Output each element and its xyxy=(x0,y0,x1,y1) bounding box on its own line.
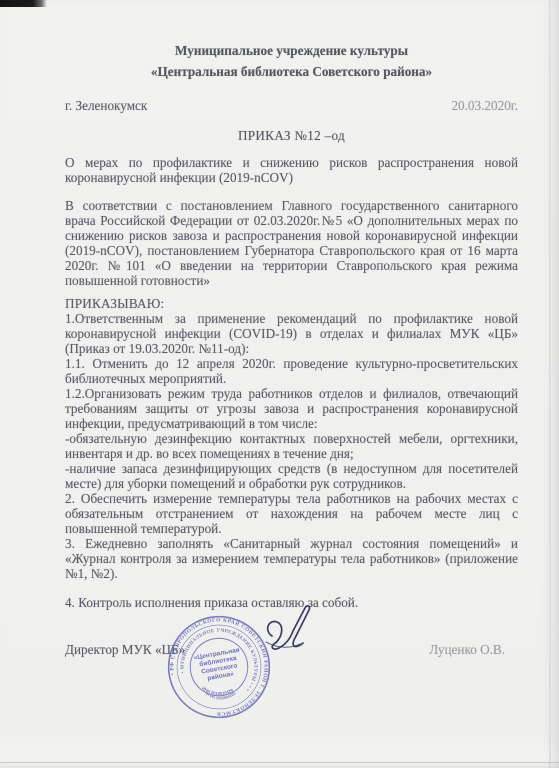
order-item-3: 3. Ежедневно заполнять «Санитарный журна… xyxy=(65,536,518,581)
order-item-1-1: 1.1. Отменить до 12 апреля 2020г. провед… xyxy=(65,356,518,386)
scan-artifact-corner xyxy=(0,0,47,7)
city-date-row: г. Зеленокумск 20.03.2020г. xyxy=(65,98,518,113)
org-name-line1: Муниципальное учреждение культуры xyxy=(65,40,518,61)
document-title: ПРИКАЗ №12 –од xyxy=(65,128,518,143)
order-item-dash-1: -обязательную дезинфекцию контактных пов… xyxy=(65,431,518,461)
paper-bottom-edge xyxy=(0,762,559,763)
order-item-1-2: 1.2.Организовать режим труда работников … xyxy=(65,386,518,431)
signatory-name: Луценко О.В. xyxy=(429,642,505,657)
paper-right-edge xyxy=(549,0,551,768)
preamble-paragraph: В соответствии с постановлением Главного… xyxy=(65,198,518,288)
date-label: 20.03.2020г. xyxy=(451,98,518,113)
order-item-1: 1.Ответственным за применение рекомендац… xyxy=(65,311,518,356)
round-stamp: • РФ СТАВРОПОЛЬСКОГО КРАЯ СОВЕТСКИЙ РАЙО… xyxy=(158,606,281,729)
order-heading: ПРИКАЗЫВАЮ: xyxy=(65,296,518,311)
scanned-document-page: Муниципальное учреждение культуры «Центр… xyxy=(0,0,559,768)
organization-header: Муниципальное учреждение культуры «Центр… xyxy=(65,40,518,82)
order-item-2: 2. Обеспечить измерение температуры тела… xyxy=(65,491,518,536)
org-name-line2: «Центральная библиотека Советского район… xyxy=(65,61,518,82)
subject-paragraph: О мерах по профилактике и снижению риско… xyxy=(65,155,518,185)
document-content: Муниципальное учреждение культуры «Центр… xyxy=(65,40,518,657)
city-label: г. Зеленокумск xyxy=(65,98,147,113)
order-item-dash-2: -наличие запаса дезинфицирующих средств … xyxy=(65,461,518,491)
